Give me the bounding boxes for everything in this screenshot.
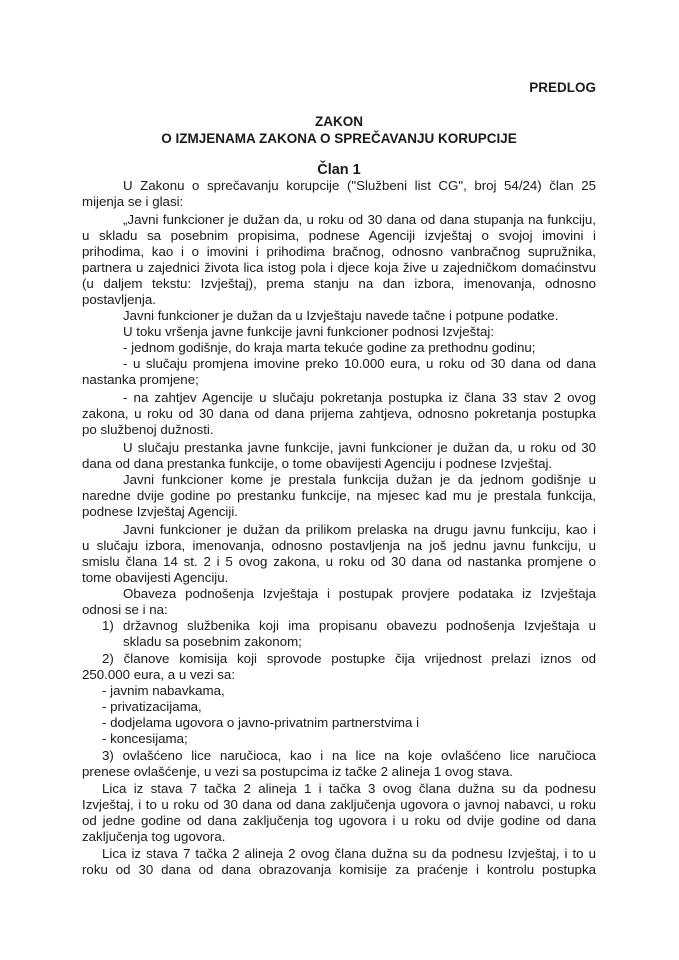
text-line: od jedne godine od dana zaključenja tog … bbox=[82, 813, 596, 829]
status-label: PREDLOG bbox=[0, 80, 596, 96]
text-line: nastanka promjene; bbox=[82, 372, 596, 388]
text-line: zakona, u roku od 30 dana od dana prijem… bbox=[82, 406, 596, 422]
text-line: 3) ovlašćeno lice naručioca, kao i na li… bbox=[102, 748, 596, 764]
text-line: u skladu sa posebnim propisima, podnese … bbox=[82, 228, 596, 244]
text-line: Obaveza podnošenja Izvještaja i postupak… bbox=[123, 586, 596, 602]
text-line: Javni funkcioner kome je prestala funkci… bbox=[123, 472, 596, 488]
text-line: - u slučaju promjena imovine preko 10.00… bbox=[123, 356, 596, 372]
text-line: roku od 30 dana od dana obrazovanja komi… bbox=[82, 862, 596, 878]
text-line: smislu člana 14 st. 2 i 5 ovog zakona, u… bbox=[82, 554, 596, 570]
text-line: U slučaju prestanka javne funkcije, javn… bbox=[123, 440, 596, 456]
text-line: 250.000 eura, a u vezi sa: bbox=[82, 667, 596, 683]
text-line: Lica iz stava 7 tačka 2 alineja 2 ovog č… bbox=[102, 846, 596, 862]
text-line: skladu sa posebnim zakonom; bbox=[123, 634, 596, 650]
text-line: - privatizacijama, bbox=[102, 699, 596, 715]
text-line: - koncesijama; bbox=[102, 731, 596, 747]
text-line: 1) državnog službenika koji ima propisan… bbox=[102, 618, 596, 634]
text-line: tome obavijesti Agenciju. bbox=[82, 570, 596, 586]
text-line: „Javni funkcioner je dužan da, u roku od… bbox=[123, 212, 596, 228]
text-line: (u daljem tekstu: Izvještaj), prema stan… bbox=[82, 276, 596, 292]
text-line: - dodjelama ugovora o javno-privatnim pa… bbox=[102, 715, 596, 731]
text-line: odnosi se i na: bbox=[82, 602, 596, 618]
text-line: naredne dvije godine po prestanku funkci… bbox=[82, 488, 596, 504]
text-line: mijenja se i glasi: bbox=[82, 194, 596, 210]
text-line: postavljenja. bbox=[82, 292, 596, 308]
text-line: partnera u zajednici života lica istog p… bbox=[82, 260, 596, 276]
document-page: PREDLOG ZAKON O IZMJENAMA ZAKONA O SPREČ… bbox=[0, 0, 679, 960]
text-line: - javnim nabavkama, bbox=[102, 683, 596, 699]
text-line: - jednom godišnje, do kraja marta tekuće… bbox=[123, 340, 596, 356]
text-line: Lica iz stava 7 tačka 2 alineja 1 i tačk… bbox=[102, 781, 596, 797]
text-line: 2) članove komisija koji sprovode postup… bbox=[102, 651, 596, 667]
document-subtitle: O IZMJENAMA ZAKONA O SPREČAVANJU KORUPCI… bbox=[82, 131, 596, 147]
text-line: Javni funkcioner je dužan da u Izvještaj… bbox=[123, 308, 596, 324]
text-line: po službenoj dužnosti. bbox=[82, 422, 596, 438]
text-line: U Zakonu o sprečavanju korupcije ("Služb… bbox=[123, 178, 596, 194]
text-line: u slučaju izbora, imenovanja, odnosno po… bbox=[82, 538, 596, 554]
text-line: Izvještaj, i to u roku od 30 dana od dan… bbox=[82, 797, 596, 813]
text-line: zaključenja tog ugovora. bbox=[82, 829, 596, 845]
text-line: U toku vršenja javne funkcije javni funk… bbox=[123, 324, 596, 340]
text-line: - na zahtjev Agencije u slučaju pokretan… bbox=[123, 390, 596, 406]
text-line: Javni funkcioner je dužan da prilikom pr… bbox=[123, 522, 596, 538]
article-heading: Član 1 bbox=[82, 162, 596, 178]
document-title: ZAKON bbox=[82, 114, 596, 130]
text-line: podnese Izvještaj Agenciji. bbox=[82, 504, 596, 520]
text-line: prihodima, kao i o imovini i prihodima b… bbox=[82, 244, 596, 260]
text-line: prenese ovlašćenje, u vezi sa postupcima… bbox=[82, 764, 596, 780]
text-line: dana od dana prestanka funkcije, o tome … bbox=[82, 456, 596, 472]
